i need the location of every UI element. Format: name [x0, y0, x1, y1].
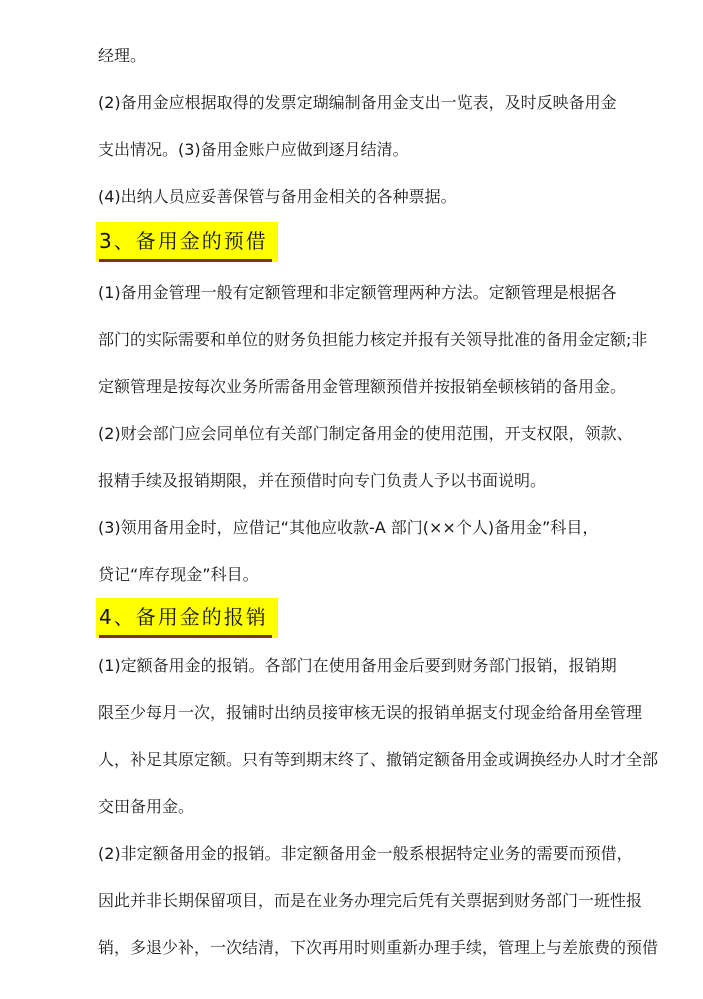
text-line: 贷记“库存现金”科目。 — [98, 551, 703, 598]
text-line: (1)备用金管理一般有定额管理和非定额管理两种方法。定额管理是根据各 — [98, 269, 703, 316]
text-line: (3)领用备用金时，应借记“其他应收款-A 部门(××个人)备用金”科目， — [98, 504, 703, 551]
text-line: 部门的实际需要和单位的财务负担能力核定并报有关领导批准的备用金定额;非 — [98, 316, 703, 363]
section-3-heading-row: 3、备用金的预借 — [96, 222, 703, 262]
text-line: 限至少每月一次，报铺时出纳员接审核无误的报销单据支付现金给备用垒管理 — [98, 689, 703, 736]
section-4-heading: 4、备用金的报销 — [99, 598, 272, 638]
text-line: (2)非定额备用金的报销。非定额备用金一般系根据特定业务的需要而预借， — [98, 830, 703, 877]
document-content: 经理。 (2)备用金应根据取得的发票定瑚编制备用金支出一览表，及时反映备用金 支… — [0, 0, 703, 971]
text-line: 人，补足其原定额。只有等到期末终了、撤销定额备用金或调换经办人时才全部 — [98, 736, 703, 783]
text-line: 经理。 — [98, 32, 703, 79]
section-4-heading-row: 4、备用金的报销 — [96, 598, 703, 638]
text-line: 因此并非长期保留项目，而是在业务办理完后凭有关票据到财务部门一班性报 — [98, 877, 703, 924]
text-line: (1)定额备用金的报销。各部门在使用备用金后要到财务部门报销，报销期 — [98, 642, 703, 689]
section-4-heading-highlight: 4、备用金的报销 — [96, 598, 278, 638]
text-line: 销，多退少补，一次结清，下次再用时则重新办理手续，管理上与差旅费的预借 — [98, 924, 703, 971]
text-line: 交田备用金。 — [98, 783, 703, 830]
document-page: 经理。 (2)备用金应根据取得的发票定瑚编制备用金支出一览表，及时反映备用金 支… — [0, 0, 703, 999]
text-line: 定额管理是按每次业务所需备用金管理额预借并按报销垒顿核销的备用金。 — [98, 363, 703, 410]
section-3-heading-highlight: 3、备用金的预借 — [96, 222, 278, 262]
text-line: 报精手续及报销期限，并在预借时向专门负责人予以书面说明。 — [98, 457, 703, 504]
text-line: (2)财会部门应会同单位有关部门制定备用金的使用范围，开支权限，领款、 — [98, 410, 703, 457]
text-line: 支出情况。(3)备用金账户应做到逐月结清。 — [98, 126, 703, 173]
text-line: (2)备用金应根据取得的发票定瑚编制备用金支出一览表，及时反映备用金 — [98, 79, 703, 126]
section-3-heading: 3、备用金的预借 — [99, 222, 272, 262]
text-line: (4)出纳人员应妥善保管与备用金相关的各种票据。 — [98, 173, 703, 220]
